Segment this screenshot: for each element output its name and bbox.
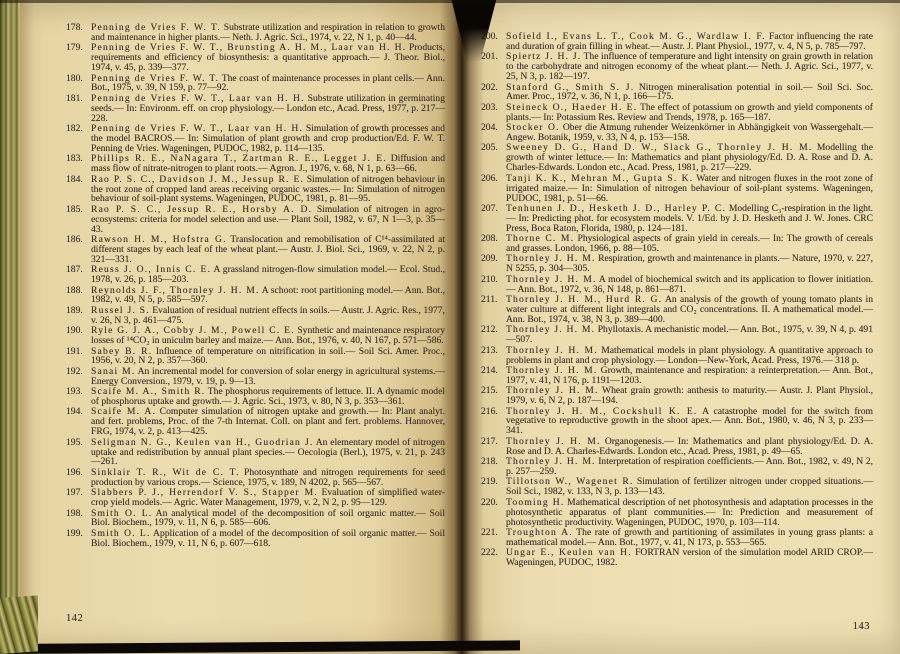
reference-number: 210.	[481, 275, 506, 285]
reference-number: 217.	[481, 437, 506, 447]
reference-entry: 211.Thornley J. H. M., Hurd R. G. An ana…	[481, 295, 873, 325]
reference-number: 180.	[66, 74, 91, 84]
reference-entry: 203.Steineck O., Haeder H. E. The effect…	[481, 103, 873, 123]
reference-number: 179.	[66, 43, 91, 53]
reference-entry: 183.Phillips R. E., NaNagara T., Zartman…	[66, 154, 445, 174]
reference-entry: 180.Penning de Vries F. W. T. The coast …	[66, 74, 445, 94]
reference-number: 199.	[66, 529, 91, 539]
reference-number: 191.	[66, 347, 91, 357]
reference-entry: 181.Penning de Vries F. W. T., Laar van …	[66, 94, 445, 124]
reference-number: 214.	[481, 366, 506, 376]
reference-entry: 209.Thornley J. H. M. Respiration, growt…	[481, 254, 873, 274]
book-scan: 178.Penning de Vries F. W. T. Substrate …	[0, 0, 900, 654]
reference-entry: 191.Sabey B. R. Influence of temperature…	[66, 347, 445, 367]
reference-number: 184.	[66, 175, 91, 185]
reference-entry: 178.Penning de Vries F. W. T. Substrate …	[66, 23, 445, 43]
reference-entry: 217.Thornley J. H. M. Organogenesis.— In…	[481, 437, 873, 457]
reference-entry: 216.Thornley J. H. M., Cockshull K. E. A…	[481, 407, 873, 437]
reference-entry: 208.Thorne C. M. Physiological aspects o…	[481, 234, 873, 254]
reference-number: 212.	[481, 325, 506, 335]
reference-entry: 207.Tenhunen J. D., Hesketh J. D., Harle…	[481, 204, 873, 234]
page-number-left: 142	[66, 613, 83, 624]
reference-entry: 213.Thornley J. H. M. Mathematical model…	[481, 346, 873, 366]
reference-text: An incremental model for conversion of s…	[91, 366, 445, 387]
reference-number: 181.	[66, 94, 91, 104]
reference-entry: 192.Sanai M. An incremental model for co…	[66, 367, 445, 387]
reference-entry: 189.Russel J. S. Evaluation of residual …	[66, 306, 445, 326]
reference-number: 189.	[66, 306, 91, 316]
reference-number: 215.	[481, 386, 506, 396]
right-page: 200.Sofield I., Evans L. T., Cook M. G.,…	[457, 0, 900, 654]
reference-entry: 185.Rao P. S. C., Jessup R. E., Horsby A…	[66, 205, 445, 235]
reference-number: 211.	[481, 295, 506, 305]
reference-entry: 197.Slabbers P. J., Herrendorf V. S., St…	[66, 488, 445, 508]
reference-number: 182.	[66, 124, 91, 134]
reference-number: 188.	[66, 286, 91, 296]
reference-entry: 188.Reynolds J. F., Thornley J. H. M. A …	[66, 286, 445, 306]
reference-number: 221.	[481, 528, 506, 538]
reference-entry: 200.Sofield I., Evans L. T., Cook M. G.,…	[481, 32, 873, 52]
reference-number: 206.	[481, 174, 506, 184]
reference-entry: 202.Stanford G., Smith S. J. Nitrogen mi…	[481, 83, 873, 103]
reference-number: 222.	[481, 548, 506, 558]
reference-list-left: 178.Penning de Vries F. W. T. Substrate …	[66, 23, 445, 549]
reference-entry: 201.Spiertz J. H. J. The influence of te…	[481, 52, 873, 82]
reference-entry: 199.Smith O. L. Application of a model o…	[66, 529, 445, 549]
reference-number: 209.	[481, 254, 506, 264]
reference-entry: 187.Reuss J. O., Innis C. E. A grassland…	[66, 265, 445, 285]
reference-entry: 214.Thornley J. H. M. Growth, maintenanc…	[481, 366, 873, 386]
reference-number: 213.	[481, 346, 506, 356]
reference-entry: 222.Ungar E., Keulen van H. FORTRAN vers…	[481, 548, 873, 568]
reference-entry: 204.Stocker O. Ober die Atmung ruhender …	[481, 123, 873, 143]
reference-number: 186.	[66, 235, 91, 245]
reference-number: 196.	[66, 468, 91, 478]
reference-entry: 195.Seligman N. G., Keulen van H., Guodr…	[66, 438, 445, 468]
reference-number: 193.	[66, 387, 91, 397]
reference-number: 205.	[481, 143, 506, 153]
reference-entry: 198.Smith O. L. An analytical model of t…	[66, 509, 445, 529]
reference-entry: 206.Tanji K. K., Mehran M., Gupta S. K. …	[481, 174, 873, 204]
page-number-right: 143	[853, 621, 870, 632]
reference-number: 202.	[481, 83, 506, 93]
reference-number: 178.	[66, 23, 91, 33]
reference-entry: 193.Scaife M. A., Smith R. The phosphoru…	[66, 387, 445, 407]
reference-entry: 215.Thornley J. H. M. Wheat grain growth…	[481, 386, 873, 406]
reference-number: 192.	[66, 367, 91, 377]
reference-number: 208.	[481, 234, 506, 244]
reference-entry: 218.Thornley J. H. M. Interpretation of …	[481, 457, 873, 477]
reference-entry: 184.Rao P. S. C., Davidson J. M., Jessup…	[66, 175, 445, 205]
reference-number: 190.	[66, 326, 91, 336]
reference-text: Ober die Atmung ruhender Weizenkörner in…	[506, 122, 873, 143]
reference-entry: 186.Rawson H. M., Hofstra G. Translocati…	[66, 235, 445, 265]
reference-number: 216.	[481, 407, 506, 417]
reference-number: 201.	[481, 52, 506, 62]
reference-entry: 196.Sinklair T. R., Wit de C. T. Photosy…	[66, 468, 445, 488]
reference-number: 195.	[66, 438, 91, 448]
reference-number: 207.	[481, 204, 506, 214]
page-edge-stack	[0, 0, 21, 654]
reference-number: 203.	[481, 103, 506, 113]
reference-entry: 194.Scaife M. A. Computer simulation of …	[66, 407, 445, 437]
reference-entry: 205.Sweeney D. G., Hand D. W., Slack G.,…	[481, 143, 873, 173]
reference-entry: 179.Penning de Vries F. W. T., Brunsting…	[66, 43, 445, 73]
reference-number: 200.	[481, 32, 506, 42]
reference-number: 194.	[66, 407, 91, 417]
reference-number: 219.	[481, 477, 506, 487]
reference-number: 218.	[481, 457, 506, 467]
reference-number: 197.	[66, 488, 91, 498]
left-page: 178.Penning de Vries F. W. T. Substrate …	[20, 0, 457, 654]
reference-number: 185.	[66, 205, 91, 215]
reference-entry: 182.Penning de Vries F. W. T., Laar van …	[66, 124, 445, 154]
reference-number: 198.	[66, 509, 91, 519]
reference-number: 183.	[66, 154, 91, 164]
reference-number: 187.	[66, 265, 91, 275]
reference-entry: 219.Tillotson W., Wagenet R. Simulation …	[481, 477, 873, 497]
page-edge-stack-corner	[0, 595, 38, 654]
reference-entry: 220.Tooming H. Mathematical description …	[481, 498, 873, 528]
reference-entry: 212.Thornley J. H. M. Phyllotaxis. A mec…	[481, 325, 873, 345]
reference-list-right: 200.Sofield I., Evans L. T., Cook M. G.,…	[481, 32, 873, 569]
reference-entry: 190.Ryle G. J. A., Cobby J. M., Powell C…	[66, 326, 445, 346]
reference-entry: 210.Thornley J. H. M. A model of biochem…	[481, 275, 873, 295]
reference-entry: 221.Troughton A. The rate of growth and …	[481, 528, 873, 548]
reference-number: 220.	[481, 498, 506, 508]
reference-number: 204.	[481, 123, 506, 133]
